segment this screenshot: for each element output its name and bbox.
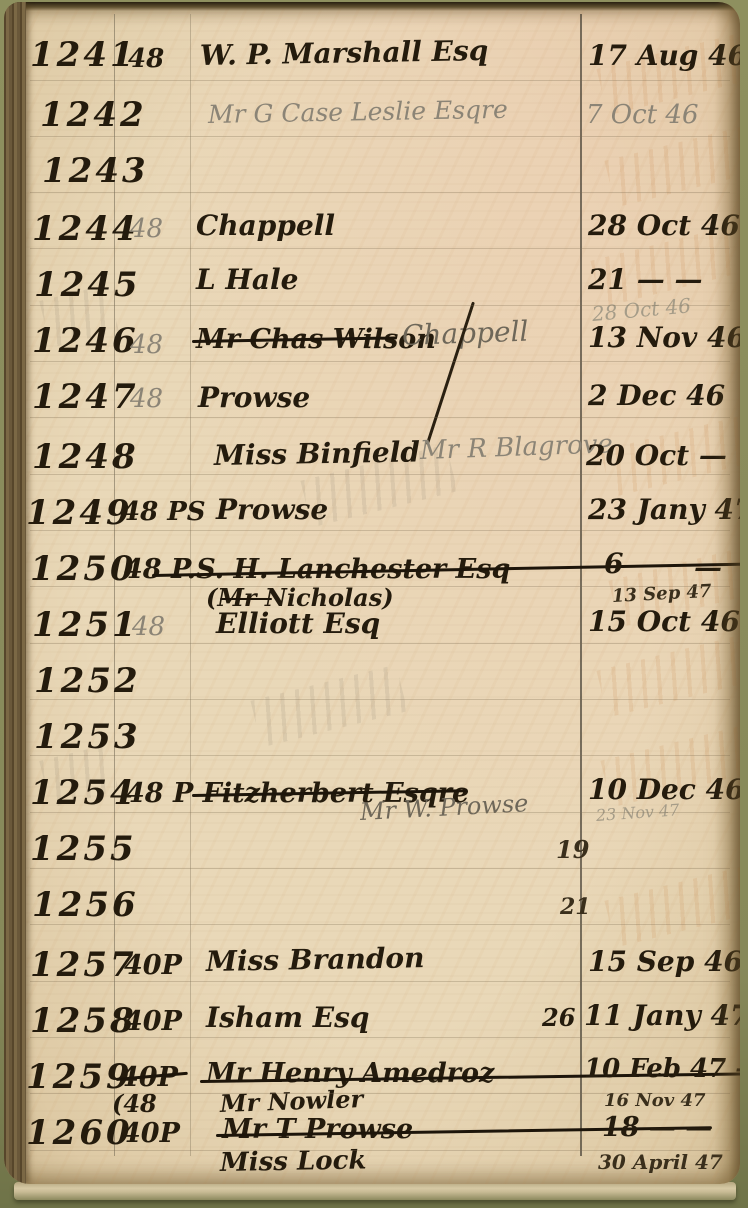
- customer-name: Chappell: [196, 212, 335, 240]
- ruled-line: [30, 136, 730, 137]
- entry-date-struck: 18 — —: [602, 1114, 712, 1141]
- entry-number: 1245: [34, 268, 141, 302]
- entry-number: 1243: [42, 154, 149, 188]
- entry-number: 1255: [30, 832, 137, 866]
- ruled-line: [30, 305, 730, 306]
- entry-number: 1248: [32, 440, 139, 474]
- entry-number: 1247: [32, 380, 139, 414]
- ruled-line: [30, 924, 730, 925]
- ruled-line: [30, 1150, 730, 1151]
- entry-number: 1254: [30, 776, 137, 810]
- entry-number: 1244: [32, 212, 139, 246]
- ruled-line: [30, 80, 730, 81]
- customer-name-struck: Mr T Prowse: [222, 1116, 413, 1143]
- price-code: 40P: [124, 1008, 182, 1035]
- customer-name-below: Miss Lock: [220, 1147, 367, 1176]
- entry-date: 21 — —: [588, 266, 702, 294]
- price-code: 48 PS: [122, 499, 206, 525]
- ink-bleed-through: [250, 665, 407, 748]
- price-code: 48: [128, 46, 164, 72]
- pencil-number-note: 19: [556, 838, 589, 862]
- customer-name-pencil: Mr G Case Leslie Esqre: [208, 97, 508, 127]
- customer-name: Miss Binfield: [214, 438, 420, 470]
- ruled-line: [30, 812, 730, 813]
- price-code: 48: [132, 614, 165, 640]
- entry-date-below: 16 Nov 47: [604, 1092, 706, 1110]
- strikethrough-line: [220, 598, 272, 600]
- entry-number: 1252: [34, 664, 141, 698]
- price-code: 48: [130, 216, 163, 242]
- entry-number: 1251: [32, 608, 139, 642]
- ruled-line: [30, 361, 730, 362]
- customer-name: Isham Esq: [206, 1004, 369, 1032]
- ruled-line: [30, 643, 730, 644]
- price-code: 40P: [122, 1120, 180, 1147]
- entry-number: 1253: [34, 720, 141, 754]
- entry-number: 1249: [26, 496, 133, 530]
- entry-number: 1260: [26, 1116, 133, 1150]
- entry-number: 1241: [30, 38, 137, 72]
- customer-name: Prowse: [198, 384, 310, 412]
- entry-number: 1256: [32, 888, 139, 922]
- book-top-edge: [4, 2, 740, 11]
- entry-date-below: 30 April 47: [598, 1152, 723, 1172]
- number-note: 26: [542, 1006, 575, 1030]
- entry-date-pencil: 7 Oct 46: [586, 102, 698, 128]
- entry-date: 2 Dec 46: [588, 382, 725, 410]
- page-right-shadow: [714, 2, 740, 1184]
- customer-name: Prowse: [216, 496, 328, 524]
- customer-name-struck: Mr Henry Amedroz: [206, 1060, 494, 1087]
- entry-date-struck: 6: [604, 550, 623, 578]
- ruled-line: [30, 868, 730, 869]
- column-rule-dates: [580, 14, 582, 1156]
- page: 1241 48 W. P. Marshall Esq 17 Aug 46 124…: [4, 2, 740, 1184]
- price-code: 48: [130, 332, 163, 358]
- entry-date-pencil: 23 Nov 47: [595, 802, 679, 824]
- entry-number: 1257: [30, 948, 137, 982]
- entry-number: 1246: [32, 324, 139, 358]
- ledger-photo: 1241 48 W. P. Marshall Esq 17 Aug 46 124…: [0, 0, 748, 1208]
- ruled-line: [30, 248, 730, 249]
- customer-name-below: Mr Nowler: [220, 1087, 364, 1116]
- entry-date: 20 Oct —: [586, 442, 727, 470]
- customer-name-pencil: Mr W. Prowse: [359, 791, 529, 824]
- ruled-line: [30, 586, 730, 587]
- book-binding-edge: [4, 2, 26, 1184]
- customer-name: L Hale: [196, 266, 298, 294]
- ruled-line: [30, 699, 730, 700]
- ruled-line: [30, 192, 730, 193]
- ruled-line: [30, 755, 730, 756]
- customer-name: W. P. Marshall Esq: [200, 37, 489, 70]
- customer-name: Miss Brandon: [206, 944, 425, 976]
- book-page-edges: [14, 1182, 736, 1200]
- entry-number: 1258: [30, 1004, 137, 1038]
- price-code: 40P: [124, 952, 182, 979]
- customer-name-pencil: Mr R Blagrove: [420, 431, 614, 464]
- entry-number: 1250: [30, 552, 137, 586]
- entry-number: 1242: [40, 98, 147, 132]
- price-code: 48: [130, 386, 163, 412]
- pencil-note-date: 28 Oct 46: [591, 295, 692, 324]
- ruled-line: [30, 417, 730, 418]
- ruled-line: [30, 474, 730, 475]
- column-rule-price: [190, 14, 191, 1156]
- ruled-line: [30, 981, 730, 982]
- ruled-line: [30, 530, 730, 531]
- customer-name: Elliott Esq: [216, 610, 380, 638]
- ruled-line: [30, 1093, 730, 1094]
- pencil-number-note: 21: [560, 896, 591, 918]
- ruled-line: [30, 1037, 730, 1038]
